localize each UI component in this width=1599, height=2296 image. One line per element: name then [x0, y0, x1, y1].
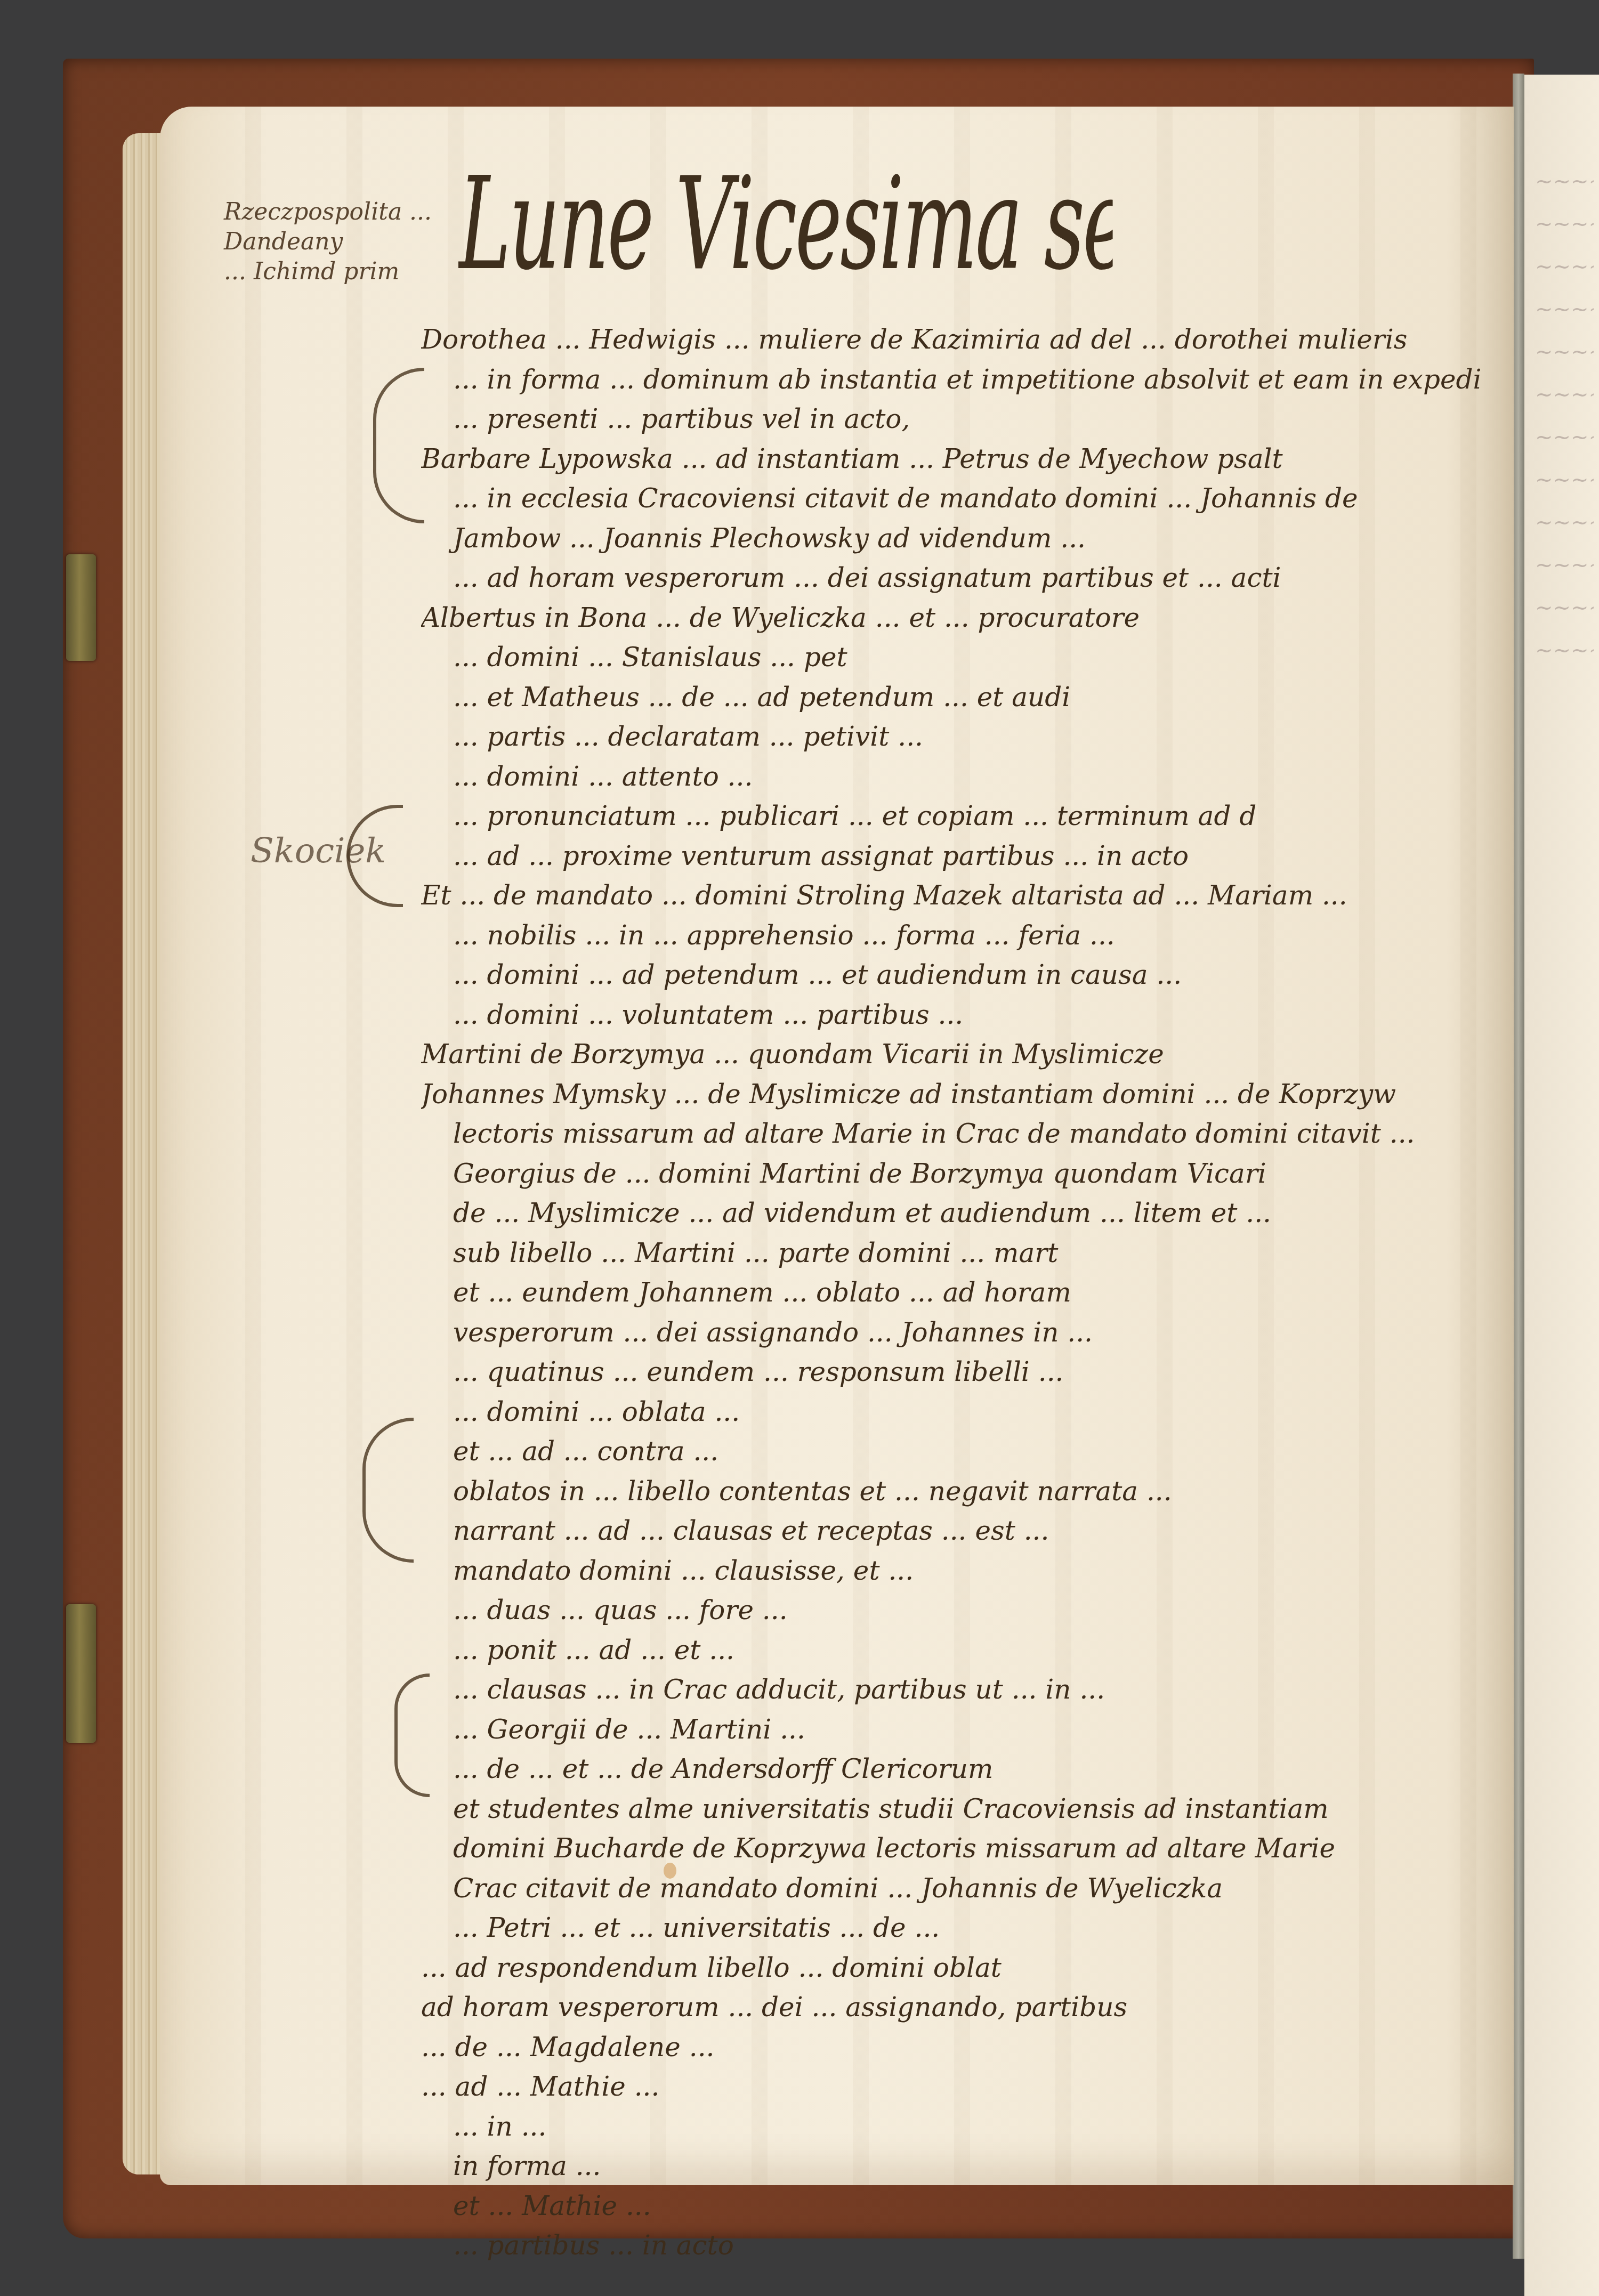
text-line: ... in ecclesia Cracoviensi citavit de m…	[421, 479, 1519, 519]
text-line: Barbare Lypowska ... ad instantiam ... P…	[421, 439, 1519, 479]
text-line: in forma ...	[421, 2146, 1519, 2186]
text-line: domini Bucharde de Koprzywa lectoris mis…	[421, 1829, 1519, 1869]
text-line: ... presenti ... partibus vel in acto,	[421, 399, 1519, 439]
text-line: et ... eundem Johannem ... oblato ... ad…	[421, 1273, 1519, 1313]
text-line: Johannes Mymsky ... de Myslimicze ad ins…	[421, 1074, 1519, 1114]
entry: Barbare Lypowska ... ad instantiam ... P…	[421, 439, 1519, 598]
text-line: ... ad ... Mathie ...	[421, 2067, 1519, 2107]
text-line: mandato domini ... clausisse, et ...	[421, 1551, 1519, 1591]
text-line: Dorothea ... Hedwigis ... muliere de Kaz…	[421, 320, 1519, 360]
text-line: narrant ... ad ... clausas et receptas .…	[421, 1511, 1519, 1551]
text-line: ... domini ... voluntatem ... partibus .…	[421, 995, 1519, 1035]
text-line: ... Georgii de ... Martini ...	[421, 1710, 1519, 1750]
facing-page-ghost-text: ~~~~~~~~~~~~~~~~~~~~~~~~~~~~~~~~~~~~~~~~…	[1535, 160, 1594, 1865]
margin-note-line: Rzeczpospolita ... Dandeany	[224, 197, 458, 257]
text-line: ... ad ... proxime venturum assignat par…	[421, 836, 1519, 876]
text-line: ... nobilis ... in ... apprehensio ... f…	[421, 916, 1519, 956]
text-line: ad horam vesperorum ... dei ... assignan…	[421, 1987, 1519, 2027]
text-line: Crac citavit de mandato domini ... Johan…	[421, 1869, 1519, 1909]
text-line: ... domini ... ad petendum ... et audien…	[421, 955, 1519, 995]
entry: Dorothea ... Hedwigis ... muliere de Kaz…	[421, 320, 1519, 439]
text-line: ... ponit ... ad ... et ...	[421, 1630, 1519, 1670]
text-line: ... duas ... quas ... fore ...	[421, 1590, 1519, 1630]
text-line: oblatos in ... libello contentas et ... …	[421, 1472, 1519, 1511]
text-line: ... de ... et ... de Andersdorff Clerico…	[421, 1749, 1519, 1789]
text-line: de ... Myslimicze ... ad videndum et aud…	[421, 1193, 1519, 1233]
brass-clasp-lower	[66, 1604, 96, 1743]
brass-clasp-upper	[66, 554, 96, 661]
text-line: lectoris missarum ad altare Marie in Cra…	[421, 1114, 1519, 1154]
text-line: ... partibus ... in acto	[421, 2226, 1519, 2266]
text-line: ... et Matheus ... de ... ad petendum ..…	[421, 677, 1519, 717]
entry: ... de ... et ... de Andersdorff Clerico…	[421, 1749, 1519, 2027]
entry: ... de ... Magdalene ... ... ad ... Math…	[421, 2027, 1519, 2266]
text-line: ... ad respondendum libello ... domini o…	[421, 1948, 1519, 1988]
text-line: Martini de Borzymya ... quondam Vicarii …	[421, 1034, 1519, 1074]
text-line: sub libello ... Martini ... parte domini…	[421, 1233, 1519, 1273]
page-heading: Lune Vicesima secunda octob	[458, 144, 1113, 320]
text-line: ... in forma ... dominum ab instantia et…	[421, 360, 1519, 400]
text-line: ... Petri ... et ... universitatis ... d…	[421, 1908, 1519, 1948]
text-line: vesperorum ... dei assignando ... Johann…	[421, 1313, 1519, 1353]
text-line: ... pronunciatum ... publicari ... et co…	[421, 796, 1519, 836]
text-line: ... ad horam vesperorum ... dei assignat…	[421, 558, 1519, 598]
text-line: Georgius de ... domini Martini de Borzym…	[421, 1154, 1519, 1194]
margin-note-top: Rzeczpospolita ... Dandeany ... Ichimd p…	[224, 197, 458, 287]
text-line: ... domini ... attento ...	[421, 757, 1519, 797]
text-line: ... clausas ... in Crac adducit, partibu…	[421, 1670, 1519, 1710]
entry: Martini de Borzymya ... quondam Vicarii …	[421, 1034, 1519, 1749]
text-line: Jambow ... Joannis Plechowsky ad videndu…	[421, 519, 1519, 559]
register-body: Dorothea ... Hedwigis ... muliere de Kaz…	[421, 320, 1519, 2266]
text-line: ... in ...	[421, 2107, 1519, 2147]
margin-note-line: ... Ichimd prim	[224, 257, 458, 287]
text-line: ... partis ... declaratam ... petivit ..…	[421, 717, 1519, 757]
text-line: et studentes alme universitatis studii C…	[421, 1789, 1519, 1829]
text-line: ... de ... Magdalene ...	[421, 2027, 1519, 2067]
text-line: ... quatinus ... eundem ... responsum li…	[421, 1352, 1519, 1392]
text-line: et ... ad ... contra ...	[421, 1432, 1519, 1472]
text-line: Albertus in Bona ... de Wyeliczka ... et…	[421, 598, 1519, 638]
text-line: Et ... de mandato ... domini Stroling Ma…	[421, 876, 1519, 916]
entry: Albertus in Bona ... de Wyeliczka ... et…	[421, 598, 1519, 876]
entry: Et ... de mandato ... domini Stroling Ma…	[421, 876, 1519, 1034]
text-line: ... domini ... oblata ...	[421, 1392, 1519, 1432]
text-line: et ... Mathie ...	[421, 2186, 1519, 2226]
text-line: ... domini ... Stanislaus ... pet	[421, 637, 1519, 677]
